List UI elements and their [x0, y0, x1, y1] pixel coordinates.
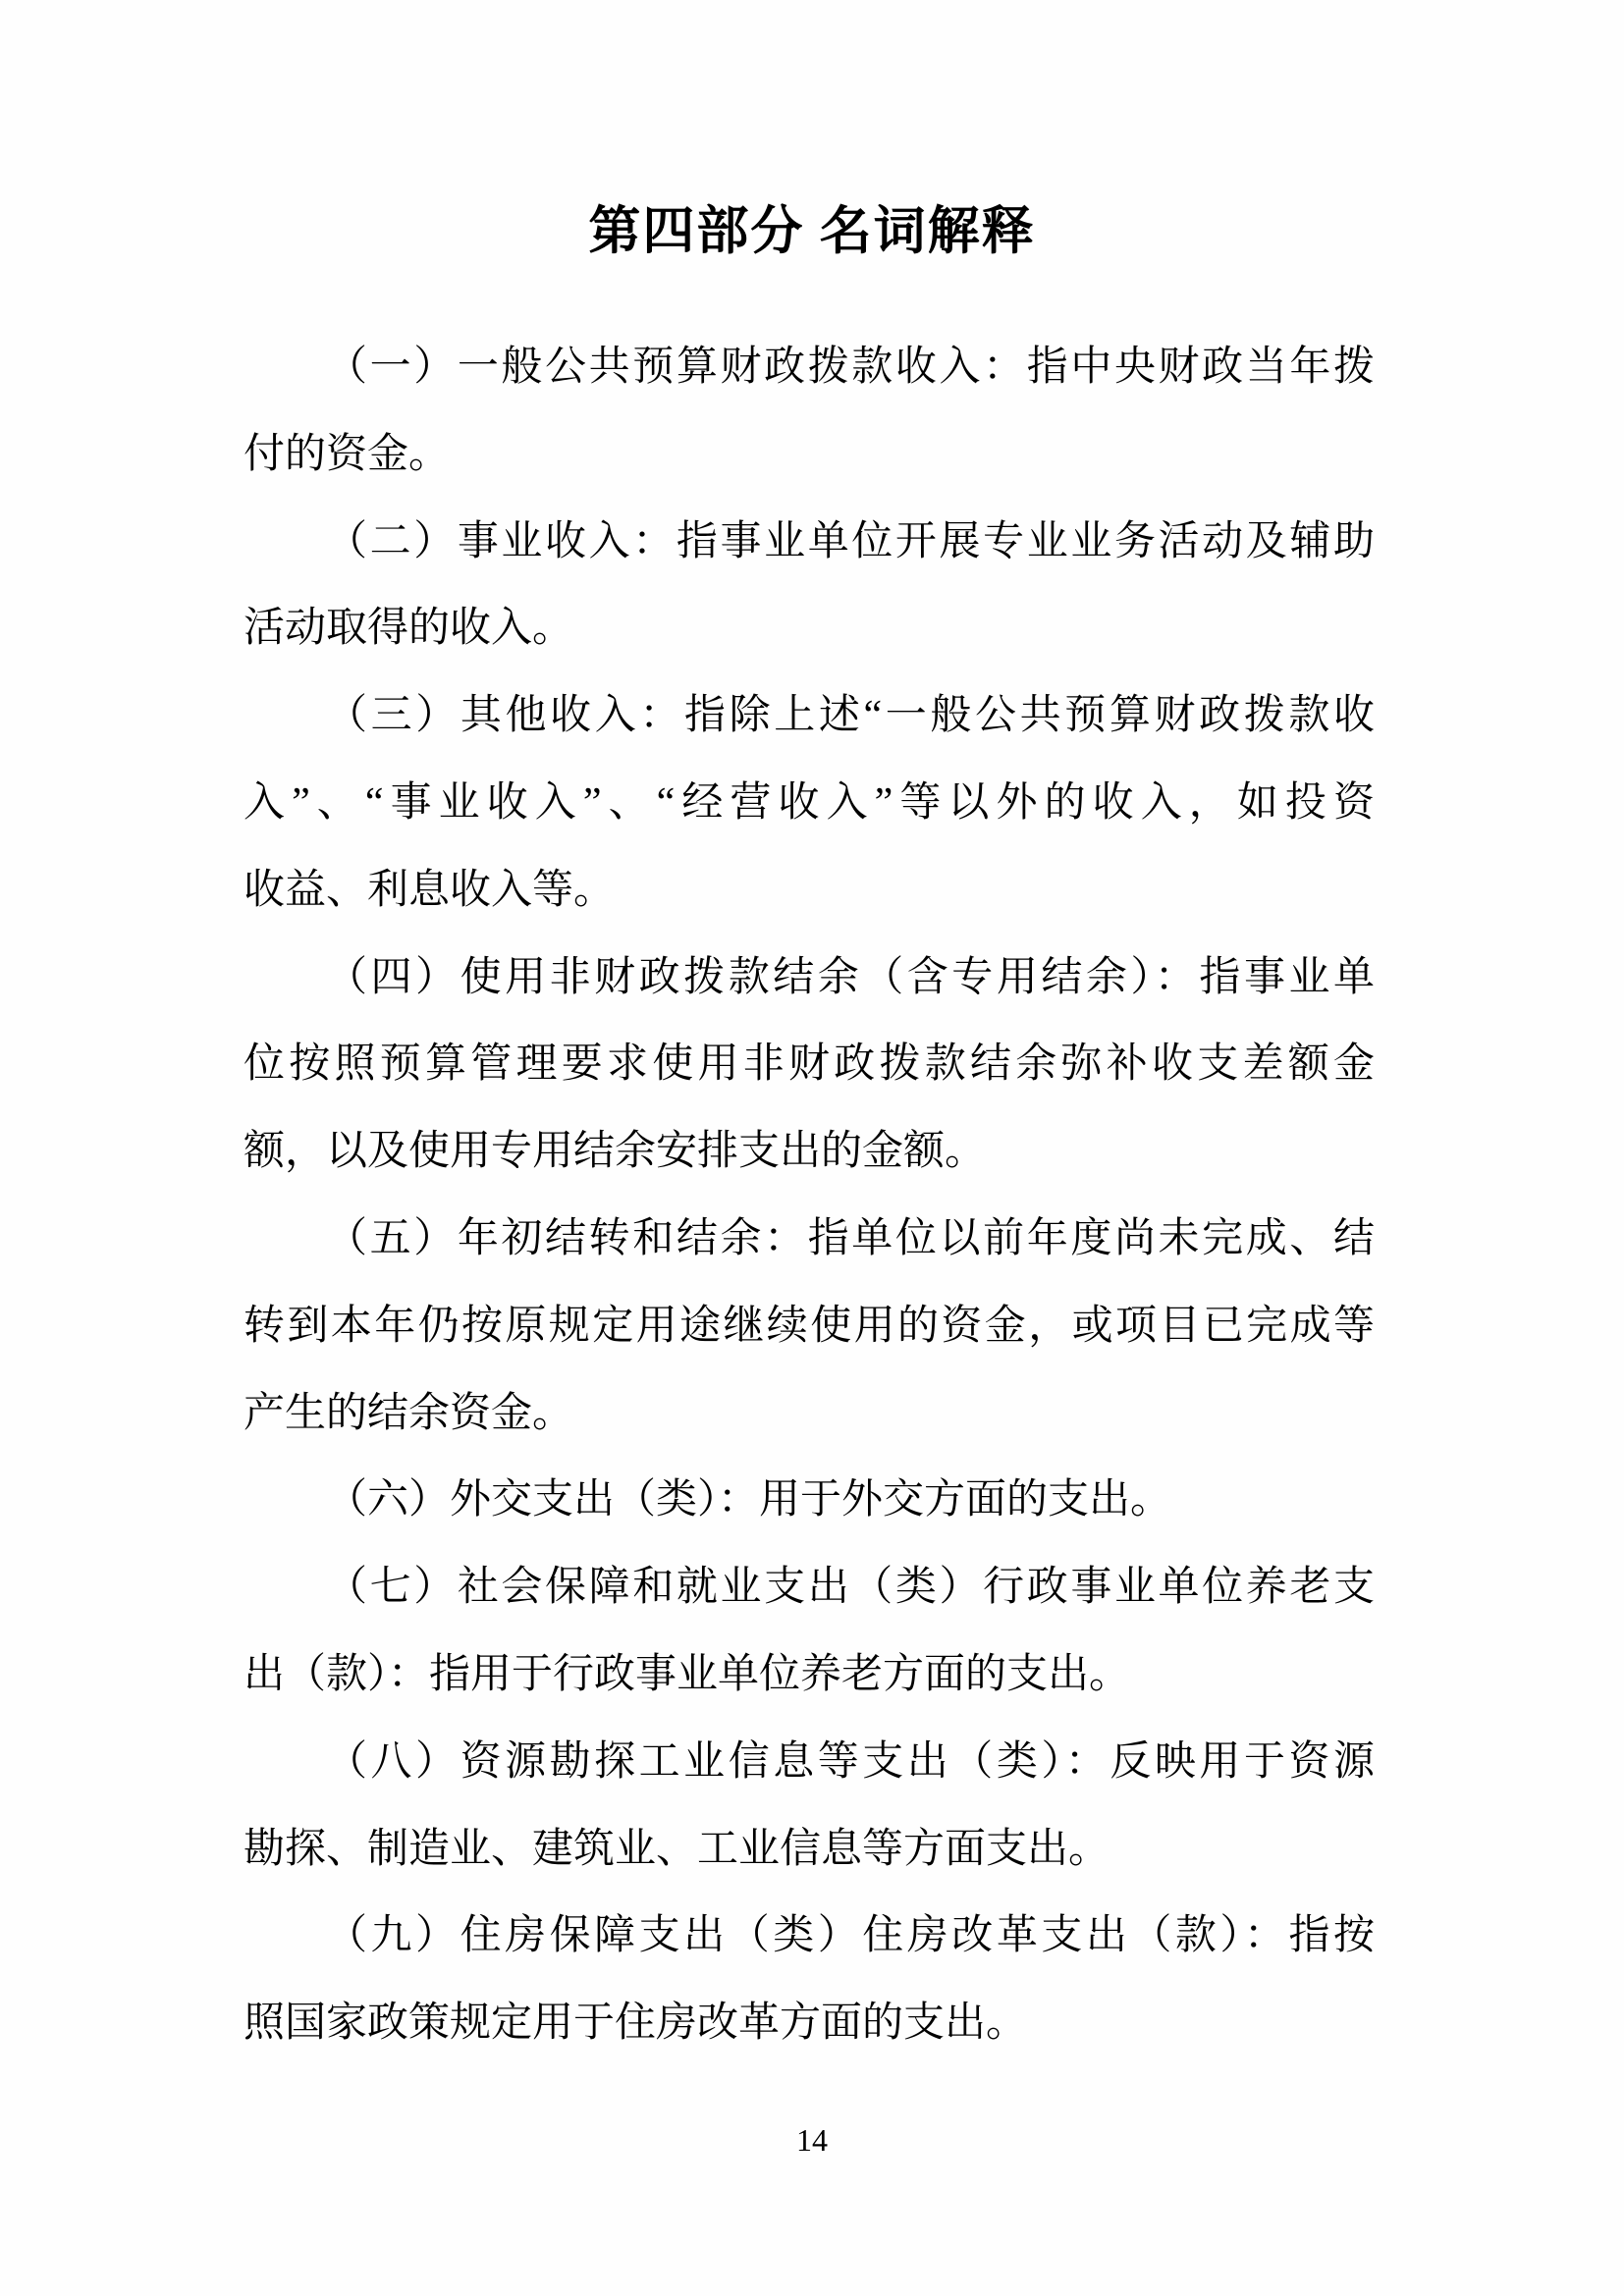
text-line: 产生的结余资金。 — [244, 1370, 1375, 1458]
text-line: 额，以及使用专用结余安排支出的金额。 — [244, 1108, 1375, 1196]
text-line: 活动取得的收入。 — [244, 585, 1375, 672]
text-line: 勘探、制造业、建筑业、工业信息等方面支出。 — [244, 1806, 1375, 1894]
text-line: （一）一般公共预算财政拨款收入：指中央财政当年拨 — [244, 324, 1375, 411]
text-line: （六）外交支出（类）：用于外交方面的支出。 — [244, 1457, 1375, 1544]
text-line: 位按照预算管理要求使用非财政拨款结余弥补收支差额金 — [244, 1021, 1375, 1108]
text-line: （三）其他收入：指除上述“一般公共预算财政拨款收 — [244, 672, 1375, 760]
text-line: （九）住房保障支出（类）住房改革支出（款）：指按 — [244, 1893, 1375, 1980]
text-line: （七）社会保障和就业支出（类）行政事业单位养老支 — [244, 1544, 1375, 1631]
text-line: 出（款）：指用于行政事业单位养老方面的支出。 — [244, 1631, 1375, 1719]
text-line: 照国家政策规定用于住房改革方面的支出。 — [244, 1980, 1375, 2067]
text-line: 付的资金。 — [244, 411, 1375, 499]
text-line: 入”、“事业收入”、“经营收入”等以外的收入，如投资 — [244, 760, 1375, 847]
text-line: （四）使用非财政拨款结余（含专用结余）：指事业单 — [244, 934, 1375, 1022]
text-line: （八）资源勘探工业信息等支出（类）：反映用于资源 — [244, 1719, 1375, 1806]
page-number: 14 — [0, 2120, 1624, 2160]
document-body: （一）一般公共预算财政拨款收入：指中央财政当年拨付的资金。（二）事业收入：指事业… — [244, 324, 1375, 2067]
document-page: 第四部分 名词解释 （一）一般公共预算财政拨款收入：指中央财政当年拨付的资金。（… — [0, 0, 1624, 2296]
text-line: 转到本年仍按原规定用途继续使用的资金，或项目已完成等 — [244, 1283, 1375, 1370]
page-title: 第四部分 名词解释 — [0, 200, 1624, 263]
text-line: （二）事业收入：指事业单位开展专业业务活动及辅助 — [244, 499, 1375, 586]
text-line: （五）年初结转和结余：指单位以前年度尚未完成、结 — [244, 1196, 1375, 1283]
text-line: 收益、利息收入等。 — [244, 847, 1375, 934]
